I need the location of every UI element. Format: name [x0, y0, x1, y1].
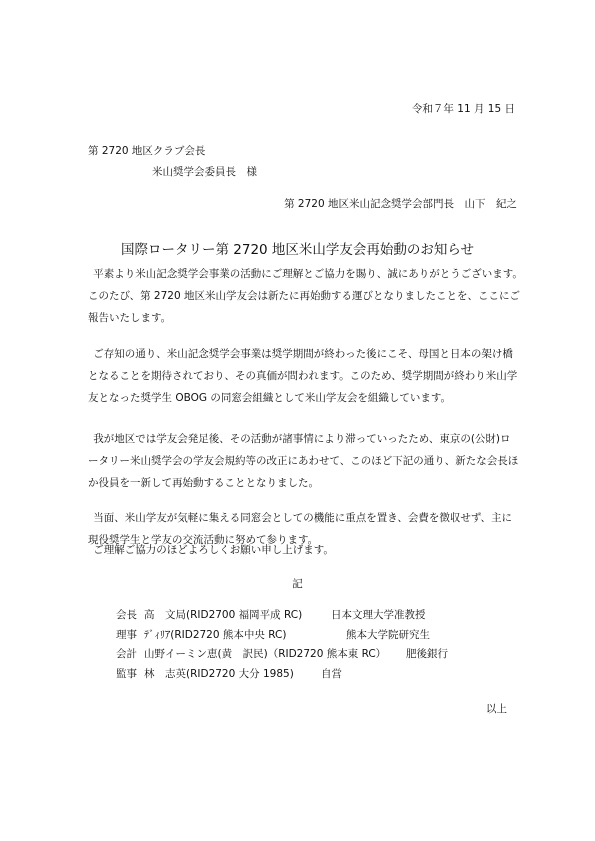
roster-position: 日本文理大学准教授 — [331, 607, 426, 622]
paragraph-3: 我が地区では学友会発足後、その活動が諸事情により滞っていったため、東京の(公財)… — [88, 428, 508, 494]
paragraph-line: ご理解ご協力のほどよろしくお願い申し上げます。 — [88, 539, 508, 561]
roster-name: 山野イーミン恵(黄 訳民)（RID2720 熊本東 RC） — [144, 646, 386, 661]
paragraph-line: ご存知の通り、米山記念奨学会事業は奨学期間が終わった後にこそ、母国と日本の架け橋 — [88, 343, 508, 365]
roster-position: 熊本大学院研究生 — [346, 627, 430, 642]
roster-name: ﾃﾞｨﾘｱ(RID2720 熊本中央 RC) — [144, 627, 286, 642]
paragraph-2: ご存知の通り、米山記念奨学会事業は奨学期間が終わった後にこそ、母国と日本の架け橋… — [88, 343, 508, 409]
paragraph-line: 当面、米山学友が気軽に集える同窓会としての機能に重点を置き、会費を徴収せず、主に — [88, 507, 508, 529]
addressee-line-2: 米山奨学会委員長 様 — [152, 164, 257, 179]
sender-line: 第 2720 地区米山記念奨学会部門長 山下 紀之 — [284, 196, 517, 211]
roster-role: 監事 — [116, 666, 137, 681]
paragraph-line: 平素より米山記念奨学会事業の活動にご理解とご協力を賜り、誠にありがとうございます… — [88, 263, 508, 285]
paragraph-line: か役員を一新して再始動することとなりました。 — [88, 472, 508, 494]
roster-position: 肥後銀行 — [406, 646, 448, 661]
document-date: 令和７年 11 月 15 日 — [412, 101, 515, 116]
roster-role: 会計 — [116, 646, 137, 661]
paragraph-5: ご理解ご協力のほどよろしくお願い申し上げます。 — [88, 539, 508, 561]
addressee-line-1: 第 2720 地区クラブ会長 — [88, 143, 205, 158]
roster-position: 自営 — [321, 666, 342, 681]
paragraph-line: 友となった奨学生 OBOG の同窓会組織として米山学友会を組織しています。 — [88, 387, 508, 409]
document-title: 国際ロータリー第 2720 地区米山学友会再始動のお知らせ — [0, 238, 595, 258]
paragraph-line: このたび、第 2720 地区米山学友会は新たに再始動する運びとなりましたことを、… — [88, 285, 508, 307]
closing-ijo: 以上 — [486, 701, 507, 716]
roster-role: 会長 — [116, 607, 137, 622]
paragraph-line: 我が地区では学友会発足後、その活動が諸事情により滞っていったため、東京の(公財)… — [88, 428, 508, 450]
paragraph-line: ータリー米山奨学会の学友会規約等の改正にあわせて、このほど下記の通り、新たな会長… — [88, 450, 508, 472]
roster-name: 林 志英(RID2720 大分 1985) — [144, 666, 294, 681]
paragraph-1: 平素より米山記念奨学会事業の活動にご理解とご協力を賜り、誠にありがとうございます… — [88, 263, 508, 329]
roster-role: 理事 — [116, 627, 137, 642]
roster-name: 高 文局(RID2700 福岡平成 RC) — [144, 607, 302, 622]
ki-heading: 記 — [0, 576, 595, 591]
paragraph-line: 報告いたします。 — [88, 307, 508, 329]
paragraph-line: となることを期待されており、その真価が問われます。このため、奨学期間が終わり米山… — [88, 365, 508, 387]
